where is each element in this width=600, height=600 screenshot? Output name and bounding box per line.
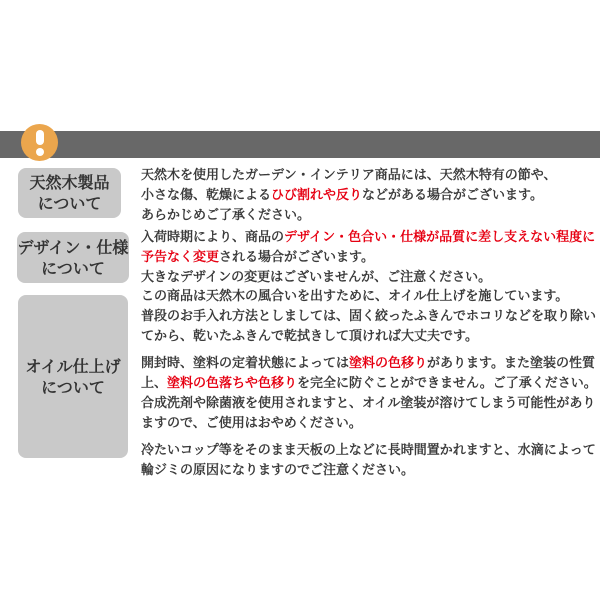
paragraph: この商品は天然木の風合いを出すために、オイル仕上げを施しています。普段のお手入れ… xyxy=(141,287,597,347)
exclamation-bar xyxy=(36,130,44,145)
warning-highlighted-text: ひび割れや反り xyxy=(271,188,362,203)
body-text: ますので、ご使用はおやめください。 xyxy=(141,416,362,431)
exclamation-dot xyxy=(36,148,44,156)
text-line: 開封時、塗料の定着状態によっては塗料の色移りがあります。また塗装の性質 xyxy=(141,354,597,374)
body-text: 普段のお手入れ方法としましては、固く絞ったふきんでホコリなどを取り除い xyxy=(141,309,596,324)
notice-header-bar xyxy=(0,131,600,158)
body-text: 冷たいコップ等をそのまま天板の上などに長時間置かれますと、水滴によって xyxy=(141,443,596,458)
paragraph: 開封時、塗料の定着状態によっては塗料の色移りがあります。また塗装の性質上、塗料の… xyxy=(141,354,597,434)
section-label-line: 天然木製品 xyxy=(18,172,121,193)
section-text-oil-finish: この商品は天然木の風合いを出すために、オイル仕上げを施しています。普段のお手入れ… xyxy=(141,287,597,488)
section-label-design-spec: デザイン・仕様について xyxy=(17,232,129,283)
warning-highlighted-text: 予告なく変更 xyxy=(141,250,219,265)
section-label-line: について xyxy=(17,258,129,279)
warning-highlighted-text: デザイン・色合い・仕様が品質に差し支えない程度に xyxy=(284,230,595,245)
body-text: あらかじめご了承ください。 xyxy=(141,208,310,223)
text-line: 予告なく変更される場合がございます。 xyxy=(141,248,595,268)
text-line: 輪ジミの原因になりますのでご注意ください。 xyxy=(141,461,597,481)
section-label-line: デザイン・仕様 xyxy=(17,237,129,258)
body-text: 小さな傷、乾燥による xyxy=(141,188,271,203)
text-line: 天然木を使用したガーデン・インテリア商品には、天然木特有の節や、 xyxy=(141,166,556,186)
section-text-natural-wood: 天然木を使用したガーデン・インテリア商品には、天然木特有の節や、小さな傷、乾燥に… xyxy=(141,166,556,233)
text-line: 大きなデザインの変更はございませんが、ご注意ください。 xyxy=(141,268,595,288)
body-text: 開封時、塗料の定着状態によっては xyxy=(141,356,349,371)
body-text: などがある場合がございます。 xyxy=(362,188,543,203)
text-line: 合成洗剤や除菌液を使用されますと、オイル塗装が溶けてしまう可能性があり xyxy=(141,394,597,414)
section-label-line: について xyxy=(18,377,128,398)
exclamation-icon xyxy=(21,124,58,161)
section-text-design-spec: 入荷時期により、商品のデザイン・色合い・仕様が品質に差し支えない程度に予告なく変… xyxy=(141,228,595,295)
text-line: この商品は天然木の風合いを出すために、オイル仕上げを施しています。 xyxy=(141,287,597,307)
section-label-line: オイル仕上げ xyxy=(18,356,128,377)
text-line: 普段のお手入れ方法としましては、固く絞ったふきんでホコリなどを取り除い xyxy=(141,307,597,327)
text-line: あらかじめご了承ください。 xyxy=(141,206,556,226)
text-line: 小さな傷、乾燥によるひび割れや反りなどがある場合がございます。 xyxy=(141,186,556,206)
warning-highlighted-text: 塗料の色移り xyxy=(349,356,427,371)
body-text: 上、 xyxy=(141,376,167,391)
section-label-natural-wood: 天然木製品について xyxy=(18,168,121,218)
text-line: 冷たいコップ等をそのまま天板の上などに長時間置かれますと、水滴によって xyxy=(141,441,597,461)
body-text: 輪ジミの原因になりますのでご注意ください。 xyxy=(141,463,414,478)
product-notice-page: 商品に関するご注意 天然木製品について天然木を使用したガーデン・インテリア商品に… xyxy=(0,0,600,600)
text-line: ますので、ご使用はおやめください。 xyxy=(141,414,597,434)
section-label-line: について xyxy=(18,193,121,214)
body-text: される場合がございます。 xyxy=(219,250,374,265)
text-line: 入荷時期により、商品のデザイン・色合い・仕様が品質に差し支えない程度に xyxy=(141,228,595,248)
body-text: を完全に防ぐことができません。ご了承ください。 xyxy=(297,376,597,391)
paragraph: 入荷時期により、商品のデザイン・色合い・仕様が品質に差し支えない程度に予告なく変… xyxy=(141,228,595,288)
body-text: があります。また塗装の性質 xyxy=(427,356,595,371)
body-text: 大きなデザインの変更はございませんが、ご注意ください。 xyxy=(141,270,491,285)
text-line: 上、塗料の色落ちや色移りを完全に防ぐことができません。ご了承ください。 xyxy=(141,374,597,394)
body-text: 天然木を使用したガーデン・インテリア商品には、天然木特有の節や、 xyxy=(141,168,556,183)
section-label-oil-finish: オイル仕上げについて xyxy=(18,295,128,458)
body-text: 入荷時期により、商品の xyxy=(141,230,284,245)
body-text: 合成洗剤や除菌液を使用されますと、オイル塗装が溶けてしまう可能性があり xyxy=(141,396,595,411)
body-text: この商品は天然木の風合いを出すために、オイル仕上げを施しています。 xyxy=(141,289,568,304)
text-line: てから、乾いたふきんで乾拭きして頂ければ大丈夫です。 xyxy=(141,327,597,347)
body-text: てから、乾いたふきんで乾拭きして頂ければ大丈夫です。 xyxy=(141,329,478,344)
paragraph: 冷たいコップ等をそのまま天板の上などに長時間置かれますと、水滴によって輪ジミの原… xyxy=(141,441,597,481)
warning-highlighted-text: 塗料の色落ちや色移り xyxy=(167,376,297,391)
paragraph: 天然木を使用したガーデン・インテリア商品には、天然木特有の節や、小さな傷、乾燥に… xyxy=(141,166,556,226)
